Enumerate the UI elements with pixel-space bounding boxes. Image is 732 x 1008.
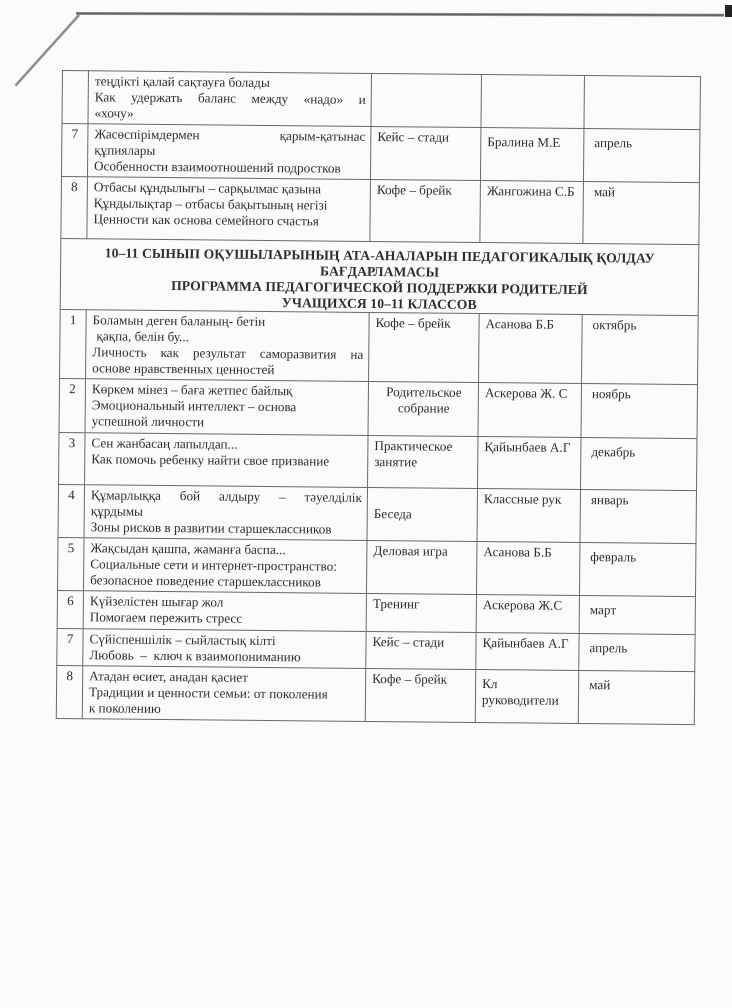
row-month: февраль: [579, 542, 696, 596]
row-number: 8: [61, 176, 88, 238]
row-month: октябрь: [582, 315, 699, 385]
row-form: Кейс – стади: [366, 631, 476, 669]
row-number: 2: [59, 378, 86, 432]
scan-corner-mark: [725, 5, 732, 17]
table-row: 8 Отбасы құндылығы – сарқылмас қазына Құ…: [61, 176, 700, 244]
row-responsible: Бралина М.Е: [480, 128, 584, 182]
row-form: Родительское собрание: [368, 381, 479, 436]
row-month: апрель: [579, 633, 695, 671]
row-number: 4: [58, 484, 85, 537]
table-row: 4 Құмарлыққа бой алдыру – тәуелділік құр…: [58, 484, 696, 543]
table-row: теңдікті қалай сақтауға болады Как удерж…: [62, 71, 700, 130]
row-topic: Отбасы құндылығы – сарқылмас қазына Құнд…: [87, 177, 371, 242]
row-form: Беседа: [367, 487, 478, 541]
row-responsible: Асанова Б.Б: [479, 314, 583, 384]
row-number: 5: [58, 537, 85, 590]
row-responsible: Асанова Б.Б: [476, 542, 580, 596]
row-number: 7: [61, 124, 88, 177]
row-topic: Жақсыдан қашпа, жаманға баспа... Социаль…: [84, 538, 367, 594]
row-responsible: [481, 75, 585, 129]
row-form: Кофе – брейк: [365, 668, 476, 722]
scan-edge-line-top: [76, 12, 724, 17]
row-number: 3: [59, 432, 85, 484]
row-number: 7: [57, 628, 83, 665]
row-responsible: Кл руководители: [475, 669, 579, 723]
row-month: [584, 76, 701, 130]
row-month: апрель: [583, 129, 700, 183]
row-topic: Сүйіспеншілік – сыйластық кілті Любовь –…: [83, 629, 366, 669]
row-form: [371, 73, 482, 127]
row-month: март: [579, 595, 695, 634]
section-heading-row: 10–11 СЫНЫП ОҚУШЫЛАРЫНЫҢ АТА-АНАЛАРЫН ПЕ…: [60, 238, 699, 315]
row-form: Кейс – стади: [370, 126, 481, 180]
row-number: 8: [56, 665, 83, 718]
table-row: 8 Атадан өсиет, анадан қасиет Традиции и…: [56, 665, 694, 724]
row-topic: Құмарлыққа бой алдыру – тәуелділік құрды…: [84, 485, 367, 541]
row-responsible: Аскерова Ж. С: [478, 383, 582, 438]
row-number: 1: [60, 309, 87, 378]
row-responsible: Қайынбаев А.Г: [478, 437, 581, 490]
table-row: 1 Боламын деген баланың- бетін қақпа, бе…: [60, 309, 699, 384]
row-responsible: Аскерова Ж.С: [476, 595, 579, 634]
row-form: Практическое занятие: [368, 435, 478, 488]
row-topic: Сен жанбасаң лапылдап... Как помочь ребе…: [85, 433, 368, 488]
row-month: ноябрь: [581, 384, 698, 439]
row-form: Деловая игра: [366, 540, 477, 594]
row-responsible: Жангожина С.Б: [480, 181, 584, 244]
row-topic: Атадан өсиет, анадан қасиет Традиции и ц…: [82, 666, 365, 722]
row-month: январь: [580, 489, 697, 543]
row-topic: Көркем мінез – баға жетпес байлық Эмоцио…: [85, 379, 369, 436]
document-page: теңдікті қалай сақтауға болады Как удерж…: [56, 70, 700, 725]
table-row: 2 Көркем мінез – баға жетпес байлық Эмоц…: [59, 378, 697, 438]
section-heading: 10–11 СЫНЫП ОҚУШЫЛАРЫНЫҢ АТА-АНАЛАРЫН ПЕ…: [60, 238, 699, 315]
row-form: Кофе – брейк: [370, 179, 481, 242]
table-row: 7 Жасөспірімдермен қарым-қатынас құпияла…: [61, 124, 699, 183]
table-row: 5 Жақсыдан қашпа, жаманға баспа... Социа…: [58, 537, 696, 596]
row-responsible: Қайынбаев А.Г: [476, 633, 579, 671]
table-row: 3 Сен жанбасаң лапылдап... Как помочь ре…: [59, 432, 697, 490]
row-number: 6: [57, 590, 83, 628]
row-topic: теңдікті қалай сақтауға болады Как удерж…: [88, 71, 371, 127]
row-responsible: Классные рук: [477, 489, 581, 543]
row-topic: Боламын деген баланың- бетін қақпа, белі…: [86, 310, 370, 382]
table-row: 7 Сүйіспеншілік – сыйластық кілті Любовь…: [57, 628, 695, 671]
row-form: Тренинг: [366, 593, 476, 632]
row-month: май: [578, 670, 695, 724]
program-table: теңдікті қалай сақтауға болады Как удерж…: [56, 70, 701, 725]
row-topic: Жасөспірімдермен қарым-қатынас құпиялары…: [87, 124, 370, 180]
table-row: 6 Күйзелістен шығар жол Помогаем пережит…: [57, 590, 695, 634]
row-form: Кофе – брейк: [369, 312, 480, 382]
row-topic: Күйзелістен шығар жол Помогаем пережить …: [83, 591, 366, 632]
row-number: [62, 71, 89, 124]
row-month: декабрь: [580, 437, 696, 490]
row-month: май: [583, 182, 700, 245]
